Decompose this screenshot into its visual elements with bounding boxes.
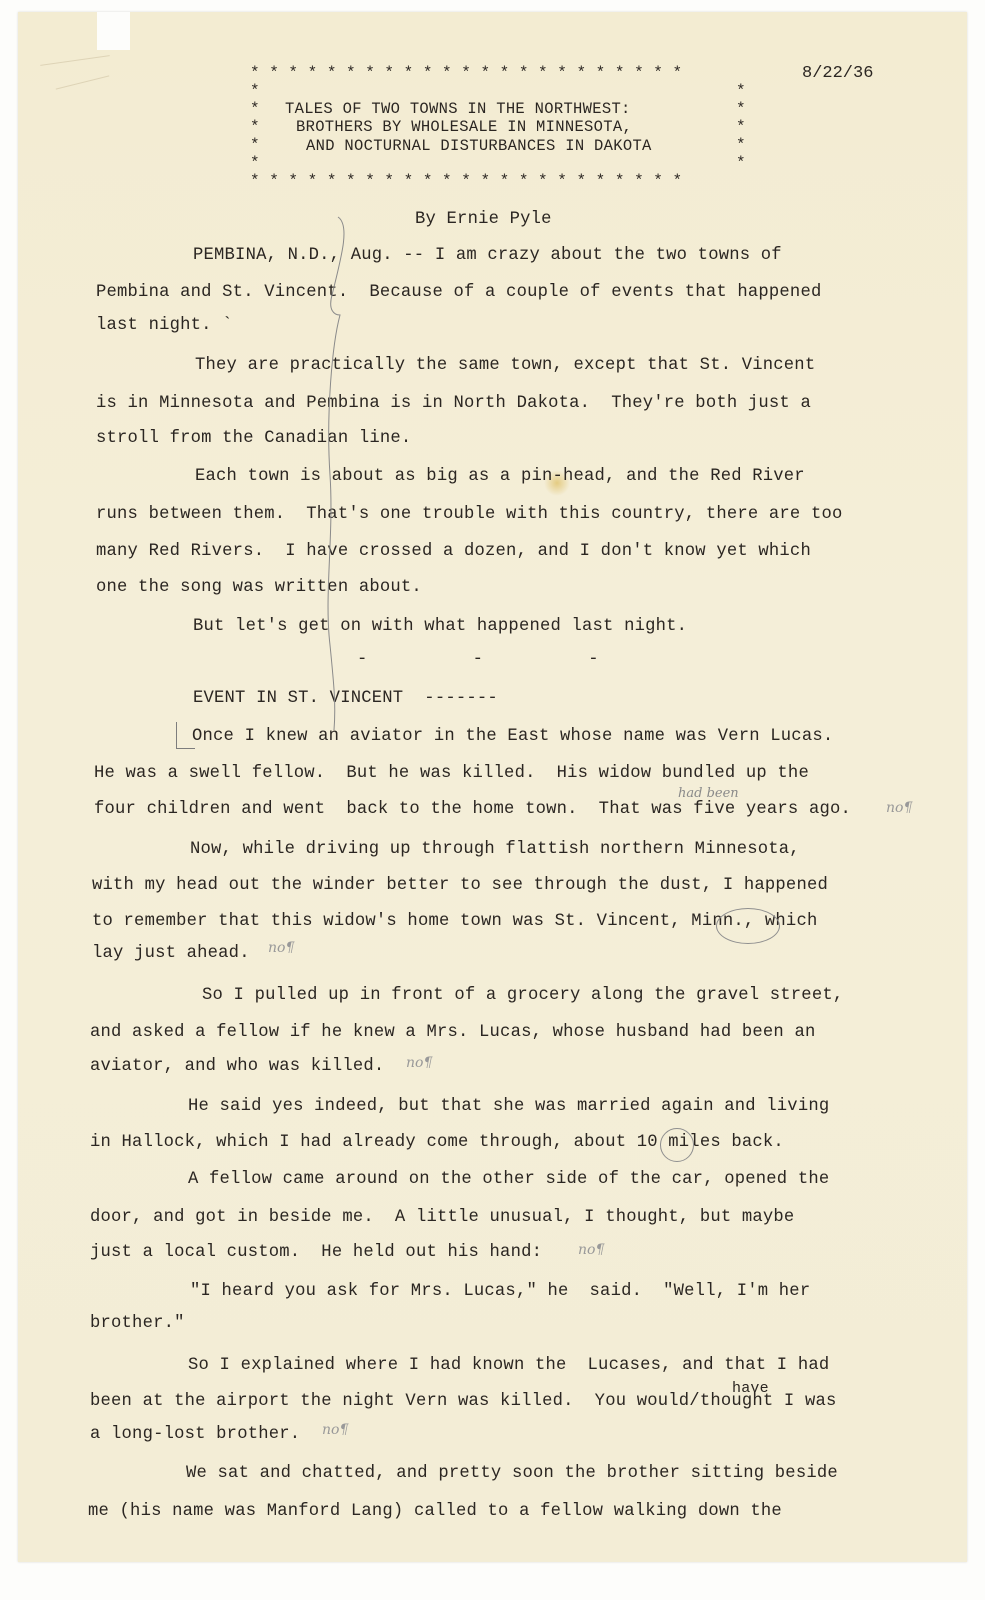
- body-line: aviator, and who was killed.: [90, 1057, 384, 1076]
- body-line: But let's get on with what happened last…: [193, 617, 687, 636]
- header-border-left: *: [250, 136, 260, 154]
- header-border-right: *: [736, 100, 746, 118]
- headline-line-3: AND NOCTURNAL DISTURBANCES IN DAKOTA: [306, 137, 652, 155]
- torn-notch: [97, 12, 130, 50]
- header-border-top: * * * * * * * * * * * * * * * * * * * * …: [250, 64, 682, 82]
- no-paragraph-mark: no¶: [886, 800, 912, 816]
- body-line: Once I knew an aviator in the East whose…: [192, 727, 833, 746]
- no-paragraph-mark: no¶: [406, 1055, 432, 1071]
- headline-line-1: TALES OF TWO TOWNS IN THE NORTHWEST:: [285, 100, 631, 118]
- body-line: a long-lost brother.: [90, 1425, 300, 1444]
- header-border-bottom: * * * * * * * * * * * * * * * * * * * * …: [250, 172, 682, 190]
- header-border-left: *: [250, 82, 260, 100]
- body-line: door, and got in beside me. A little unu…: [90, 1208, 794, 1227]
- body-line: to remember that this widow's home town …: [92, 912, 817, 931]
- body-line: with my head out the winder better to se…: [92, 876, 828, 895]
- body-line: last night. `: [96, 316, 233, 335]
- insert-have: have: [732, 1380, 769, 1397]
- body-line: Now, while driving up through flattish n…: [190, 840, 800, 859]
- body-line: So I pulled up in front of a grocery alo…: [202, 986, 843, 1005]
- body-line: He was a swell fellow. But he was killed…: [94, 764, 809, 783]
- body-line: one the song was written about.: [96, 578, 422, 597]
- header-border-right: *: [736, 82, 746, 100]
- no-paragraph-mark: no¶: [268, 940, 294, 956]
- body-line: PEMBINA, N.D., Aug. -- I am crazy about …: [193, 246, 782, 265]
- header-border-left: *: [250, 118, 260, 136]
- header-border-left: *: [250, 100, 260, 118]
- body-line: "I heard you ask for Mrs. Lucas," he sai…: [190, 1282, 810, 1301]
- body-line: four children and went back to the home …: [94, 800, 851, 819]
- header-border-right: *: [736, 136, 746, 154]
- no-paragraph-mark: no¶: [578, 1242, 604, 1258]
- body-line: Each town is about as big as a pin-head,…: [195, 467, 805, 486]
- body-line: many Red Rivers. I have crossed a dozen,…: [96, 542, 811, 561]
- body-line: is in Minnesota and Pembina is in North …: [96, 394, 811, 413]
- circle-mark-10: [660, 1128, 694, 1162]
- body-line: stroll from the Canadian line.: [96, 429, 411, 448]
- body-line: Pembina and St. Vincent. Because of a co…: [96, 283, 821, 302]
- body-line: runs between them. That's one trouble wi…: [96, 505, 843, 524]
- body-line: brother.": [90, 1314, 185, 1333]
- body-line: They are practically the same town, exce…: [195, 356, 815, 375]
- byline: By Ernie Pyle: [415, 210, 552, 229]
- section-break: - - -: [357, 650, 599, 669]
- no-paragraph-mark: no¶: [322, 1422, 348, 1438]
- document-date: 8/22/36: [802, 64, 873, 83]
- paragraph-bracket-mark: [176, 722, 195, 749]
- body-line: been at the airport the night Vern was k…: [90, 1392, 837, 1411]
- body-line: me (his name was Manford Lang) called to…: [88, 1502, 782, 1521]
- header-border-right: *: [736, 154, 746, 172]
- insert-had-been: had been: [678, 786, 739, 801]
- circle-mark-minn: [716, 908, 780, 944]
- body-line: We sat and chatted, and pretty soon the …: [186, 1464, 838, 1483]
- body-line: He said yes indeed, but that she was mar…: [188, 1097, 829, 1116]
- header-border-right: *: [736, 118, 746, 136]
- header-border-left: *: [250, 154, 260, 172]
- body-line: and asked a fellow if he knew a Mrs. Luc…: [90, 1023, 815, 1042]
- body-line: So I explained where I had known the Luc…: [188, 1356, 829, 1375]
- body-line: A fellow came around on the other side o…: [188, 1170, 829, 1189]
- pencil-margin-curve: [320, 215, 360, 735]
- body-line: just a local custom. He held out his han…: [90, 1243, 542, 1262]
- body-line: lay just ahead.: [92, 944, 250, 963]
- headline-line-2: BROTHERS BY WHOLESALE IN MINNESOTA,: [296, 118, 632, 136]
